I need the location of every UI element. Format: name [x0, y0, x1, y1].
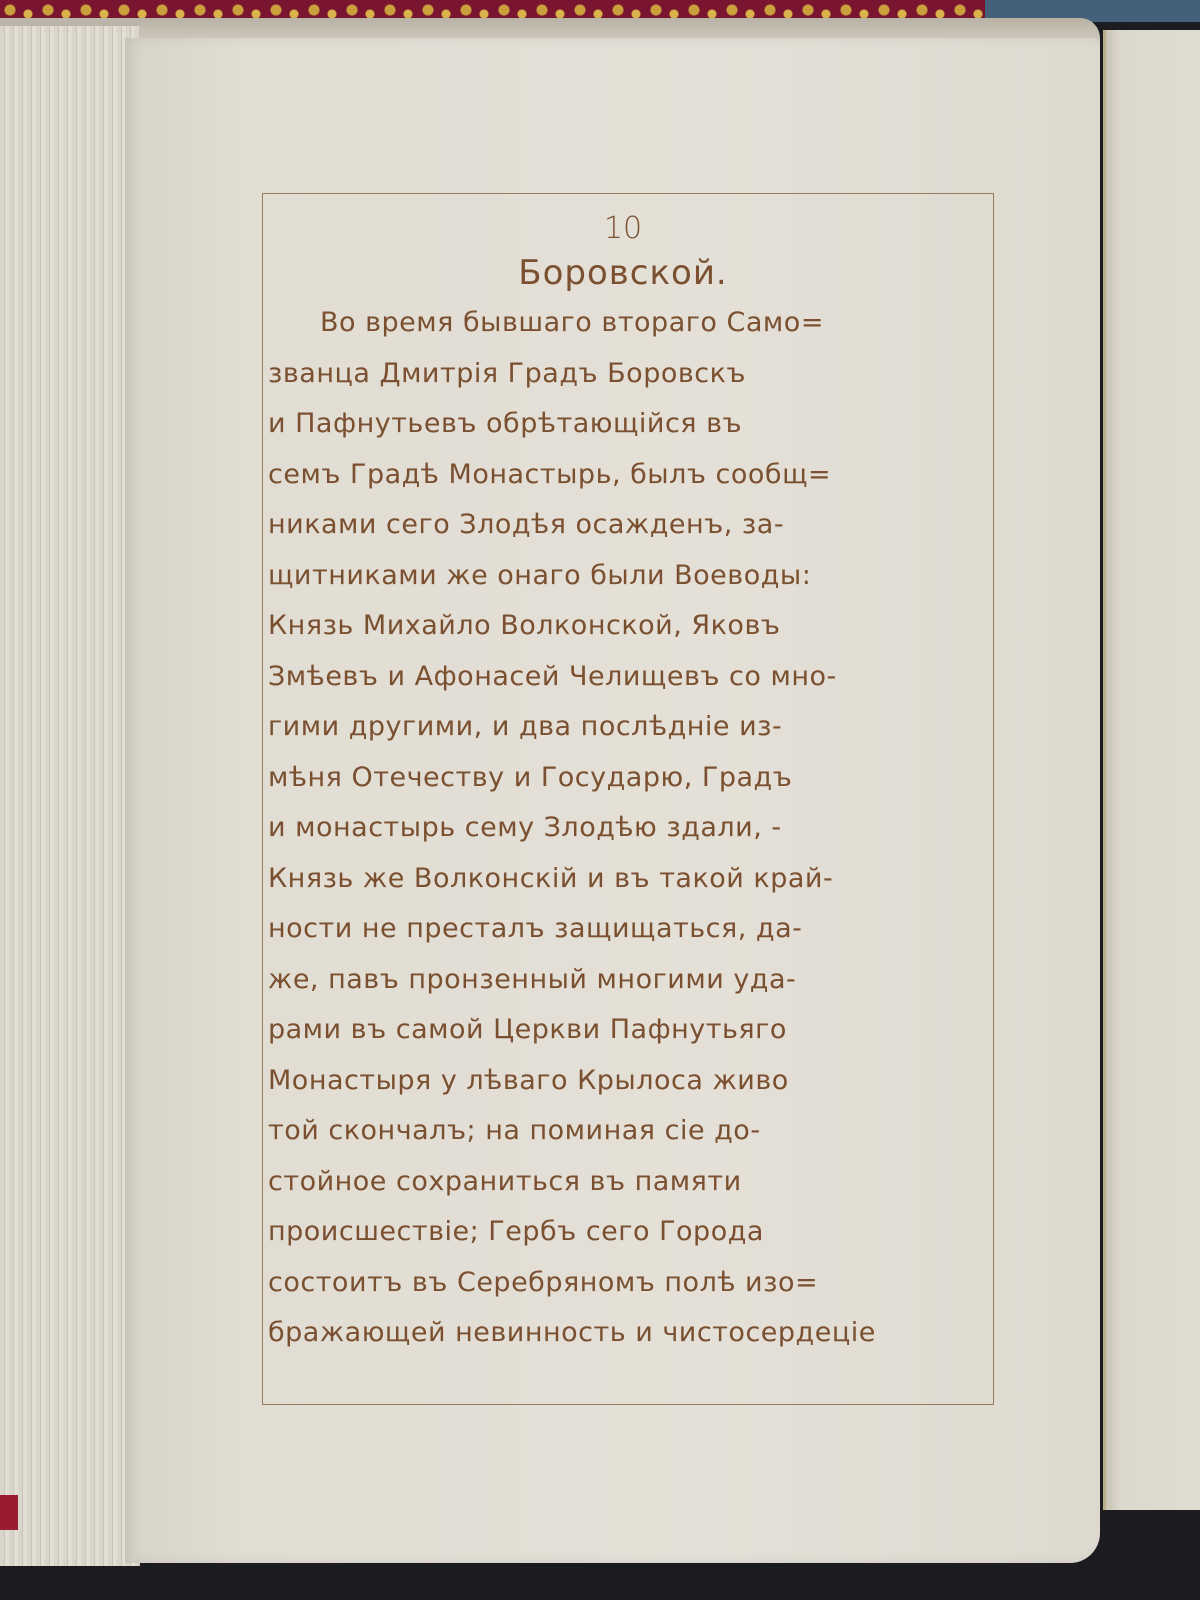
manuscript-text: 10 Боровской. Во время бывшаго втораго С…	[268, 210, 1008, 1359]
text-line: Змѣевъ и Афонасей Челищевъ со мно-	[268, 652, 1008, 703]
text-line: семъ Градѣ Монастырь, былъ сообщ=	[268, 450, 1008, 501]
text-line: гими другими, и два послѣдніе из-	[268, 702, 1008, 753]
text-line: Во время бывшаго втораго Само=	[268, 298, 1008, 349]
text-line: же, павъ пронзенный многими уда-	[268, 955, 1008, 1006]
facing-page	[1103, 30, 1200, 1510]
text-line: никами сего Злодѣя осажденъ, за-	[268, 500, 1008, 551]
text-line: и монастырь сему Злодѣю здали, -	[268, 803, 1008, 854]
text-line: Князь же Волконскій и въ такой край-	[268, 854, 1008, 905]
text-line: мѣня Отечеству и Государю, Градъ	[268, 753, 1008, 804]
text-line: Монастыря у лѣваго Крылоса живо	[268, 1056, 1008, 1107]
text-line: происшествіе; Гербъ сего Города	[268, 1207, 1008, 1258]
text-line: Князь Михайло Волконской, Яковъ	[268, 601, 1008, 652]
text-line: стойное сохраниться въ памяти	[268, 1157, 1008, 1208]
binding-corner	[0, 1495, 18, 1530]
page-number: 10	[238, 210, 1008, 248]
left-page-stack	[0, 18, 140, 1566]
text-line: той скончалъ; на поминая сіе до-	[268, 1106, 1008, 1157]
text-line: щитниками же онаго были Воеводы:	[268, 551, 1008, 602]
text-line: бражающей невинность и чистосердеціе	[268, 1308, 1008, 1359]
text-line: ности не престалъ защищаться, да-	[268, 904, 1008, 955]
section-heading: Боровской.	[238, 248, 1008, 298]
text-line: и Пафнутьевъ обрѣтающійся въ	[268, 399, 1008, 450]
text-line: рами въ самой Церкви Пафнутьяго	[268, 1005, 1008, 1056]
text-line: состоитъ въ Серебряномъ полѣ изо=	[268, 1258, 1008, 1309]
text-line: званца Дмитрія Градъ Боровскъ	[268, 349, 1008, 400]
